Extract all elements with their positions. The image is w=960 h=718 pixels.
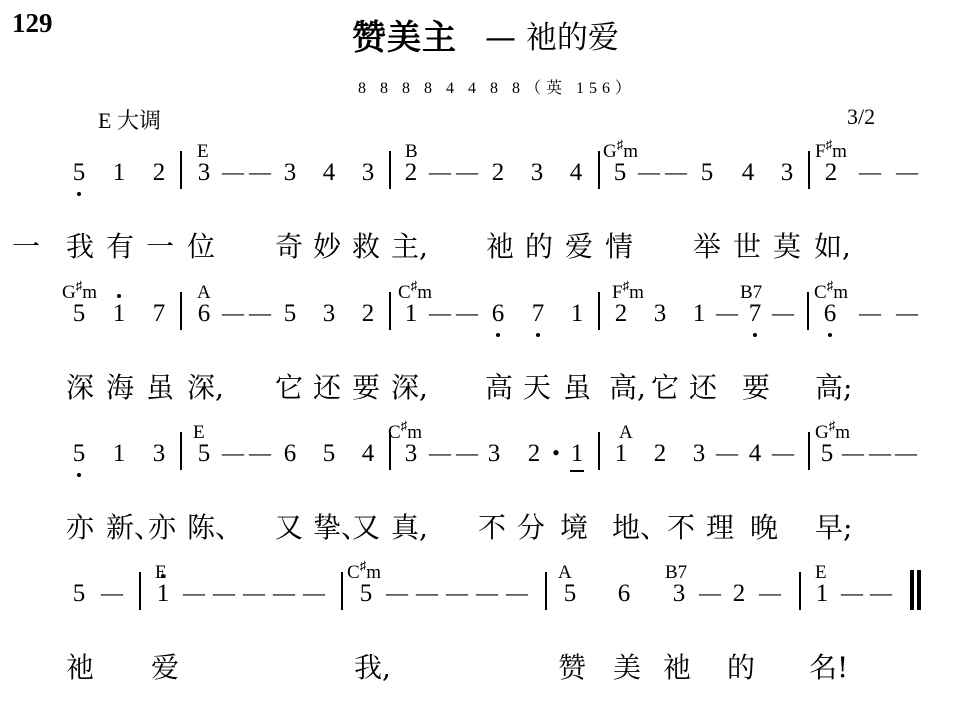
lyric-syllable: 要 bbox=[742, 366, 770, 406]
lyric-syllable: 高 bbox=[485, 366, 513, 406]
note: 6 bbox=[284, 440, 297, 468]
lyric-syllable: 要 bbox=[352, 366, 380, 406]
lyric-syllable: 早; bbox=[815, 506, 852, 546]
hold-dash: — bbox=[273, 580, 295, 606]
eighth-underline bbox=[570, 470, 584, 472]
bar-line bbox=[598, 432, 600, 470]
note: 4 bbox=[362, 440, 375, 468]
lyric-syllable: 又 bbox=[352, 506, 380, 546]
bar-line bbox=[545, 572, 547, 610]
octave-dot-high bbox=[117, 294, 121, 298]
lyric-syllable: 又 bbox=[275, 506, 303, 546]
octave-dot-low bbox=[753, 333, 757, 337]
bar-line bbox=[808, 151, 810, 189]
bar-line bbox=[807, 292, 809, 330]
lyric-syllable: 莫 bbox=[773, 225, 801, 265]
hold-dash: — bbox=[183, 580, 205, 606]
hold-dash: — bbox=[446, 580, 468, 606]
note: 5 bbox=[701, 159, 714, 187]
note: 1 bbox=[157, 580, 170, 608]
lyric-syllable: 奇 bbox=[275, 225, 303, 265]
octave-dot-low bbox=[77, 473, 81, 477]
note: 5 bbox=[73, 440, 86, 468]
lyric-syllable: 真, bbox=[391, 506, 428, 546]
bar-line bbox=[799, 572, 801, 610]
lyric-syllable: 的 bbox=[525, 225, 553, 265]
lyric-syllable: 世 bbox=[733, 225, 761, 265]
lyric-syllable: 虽 bbox=[146, 366, 174, 406]
octave-dot-low bbox=[536, 333, 540, 337]
hold-dash: — bbox=[429, 159, 451, 185]
note: 3 bbox=[693, 440, 706, 468]
lyric-syllable: 救 bbox=[352, 225, 380, 265]
hold-dash: — bbox=[213, 580, 235, 606]
lyric-syllable: 高, bbox=[609, 366, 646, 406]
note: 1 bbox=[615, 440, 628, 468]
hold-dash: — bbox=[416, 580, 438, 606]
lyric-syllable: 还 bbox=[689, 366, 717, 406]
hold-dash: — bbox=[841, 580, 863, 606]
lyric-syllable: 高; bbox=[815, 366, 852, 406]
lyric-syllable: 还 bbox=[313, 366, 341, 406]
hold-dash: — bbox=[249, 300, 271, 326]
note: 4 bbox=[742, 159, 755, 187]
note: 6 bbox=[492, 300, 505, 328]
hold-dash: — bbox=[243, 580, 265, 606]
hold-dash: — bbox=[303, 580, 325, 606]
hold-dash: — bbox=[222, 440, 244, 466]
note: 1 bbox=[816, 580, 829, 608]
hold-dash: — bbox=[386, 580, 408, 606]
note: 3 bbox=[781, 159, 794, 187]
hold-dash: — bbox=[699, 580, 721, 606]
note: 2 bbox=[528, 440, 541, 468]
note: 2 bbox=[405, 159, 418, 187]
note: 3 bbox=[284, 159, 297, 187]
hold-dash: — bbox=[859, 159, 881, 185]
lyric-syllable: 亦 bbox=[148, 506, 176, 546]
bar-line bbox=[180, 151, 182, 189]
note: 5 bbox=[73, 300, 86, 328]
bar-line bbox=[139, 572, 141, 610]
lyric-syllable: 赞 bbox=[558, 646, 586, 686]
final-bar-line bbox=[910, 570, 914, 610]
lyric-syllable: 如, bbox=[814, 225, 851, 265]
note: 6 bbox=[618, 580, 631, 608]
lyric-syllable: 深 bbox=[66, 366, 94, 406]
lyric-syllable: 我, bbox=[354, 646, 391, 686]
lyric-syllable: 爱 bbox=[565, 225, 593, 265]
note: 3 bbox=[531, 159, 544, 187]
lyric-syllable: 海 bbox=[106, 366, 134, 406]
bar-line bbox=[389, 432, 391, 470]
note: 1 bbox=[113, 300, 126, 328]
bar-line bbox=[389, 292, 391, 330]
key-signature: E 大调 bbox=[98, 104, 161, 135]
note: 1 bbox=[693, 300, 706, 328]
lyric-syllable: 理 bbox=[706, 506, 734, 546]
lyric-syllable: 陈、 bbox=[187, 506, 243, 546]
note: 5 bbox=[198, 440, 211, 468]
hold-dash: — bbox=[896, 300, 918, 326]
final-bar-thin bbox=[917, 570, 921, 610]
note: 7 bbox=[153, 300, 166, 328]
hold-dash: — bbox=[870, 580, 892, 606]
bar-line bbox=[598, 151, 600, 189]
lyric-syllable: 爱 bbox=[151, 646, 179, 686]
lyric-syllable: 祂 bbox=[663, 646, 691, 686]
note: 5 bbox=[73, 159, 86, 187]
bar-line bbox=[341, 572, 343, 610]
hold-dash: — bbox=[759, 580, 781, 606]
lyric-syllable: 不 bbox=[667, 506, 695, 546]
note: 5 bbox=[73, 580, 86, 608]
lyric-syllable: 情 bbox=[605, 225, 633, 265]
lyric-syllable: 美 bbox=[613, 646, 641, 686]
hold-dash: — bbox=[456, 159, 478, 185]
hold-dash: — bbox=[895, 440, 917, 466]
note: 7 bbox=[749, 300, 762, 328]
lyric-syllable: 位 bbox=[187, 225, 215, 265]
hold-dash: — bbox=[638, 159, 660, 185]
octave-dot-high bbox=[161, 574, 165, 578]
hold-dash: — bbox=[222, 300, 244, 326]
hold-dash: — bbox=[869, 440, 891, 466]
note: 5 bbox=[284, 300, 297, 328]
lyric-syllable: 分 bbox=[517, 506, 545, 546]
note: 2 bbox=[733, 580, 746, 608]
hymn-number: 129 bbox=[12, 8, 53, 39]
lyric-syllable: 亦 bbox=[66, 506, 94, 546]
bar-line bbox=[598, 292, 600, 330]
note: 6 bbox=[824, 300, 837, 328]
hold-dash: — bbox=[772, 300, 794, 326]
note: 5 bbox=[564, 580, 577, 608]
lyric-syllable: 有 bbox=[106, 225, 134, 265]
note: 3 bbox=[488, 440, 501, 468]
note: 2 bbox=[492, 159, 505, 187]
dotted-rhythm: • bbox=[552, 440, 560, 466]
bar-line bbox=[389, 151, 391, 189]
lyric-syllable: 深, bbox=[187, 366, 224, 406]
lyric-syllable: 深, bbox=[391, 366, 428, 406]
lyric-syllable: 祂 bbox=[486, 225, 514, 265]
note: 3 bbox=[323, 300, 336, 328]
hold-dash: — bbox=[456, 300, 478, 326]
hold-dash: — bbox=[456, 440, 478, 466]
hold-dash: — bbox=[716, 300, 738, 326]
lyric-syllable: 名! bbox=[809, 646, 848, 686]
note: 3 bbox=[654, 300, 667, 328]
hold-dash: — bbox=[896, 159, 918, 185]
bar-line bbox=[180, 292, 182, 330]
lyric-syllable: 一 bbox=[12, 225, 40, 265]
note: 3 bbox=[405, 440, 418, 468]
octave-dot-low bbox=[77, 192, 81, 196]
hold-dash: — bbox=[222, 159, 244, 185]
hold-dash: — bbox=[665, 159, 687, 185]
lyric-syllable: 它 bbox=[275, 366, 303, 406]
lyric-syllable: 天 bbox=[523, 366, 551, 406]
lyric-syllable: 境 bbox=[560, 506, 588, 546]
lyric-syllable: 不 bbox=[478, 506, 506, 546]
lyric-syllable: 它 bbox=[651, 366, 679, 406]
note: 5 bbox=[360, 580, 373, 608]
note: 3 bbox=[153, 440, 166, 468]
note: 2 bbox=[615, 300, 628, 328]
lyric-syllable: 主, bbox=[391, 225, 428, 265]
note: 2 bbox=[153, 159, 166, 187]
lyric-syllable: 一 bbox=[146, 225, 174, 265]
lyric-syllable: 举 bbox=[693, 225, 721, 265]
note: 3 bbox=[673, 580, 686, 608]
hold-dash: — bbox=[429, 440, 451, 466]
note: 1 bbox=[113, 440, 126, 468]
note: 1 bbox=[405, 300, 418, 328]
note: 7 bbox=[532, 300, 545, 328]
note: 1 bbox=[571, 440, 584, 468]
note: 2 bbox=[362, 300, 375, 328]
lyric-syllable: 我 bbox=[66, 225, 94, 265]
hold-dash: — bbox=[716, 440, 738, 466]
note: 5 bbox=[614, 159, 627, 187]
lyric-syllable: 晚 bbox=[750, 506, 778, 546]
hold-dash: — bbox=[859, 300, 881, 326]
hold-dash: — bbox=[249, 440, 271, 466]
note: 5 bbox=[323, 440, 336, 468]
note: 4 bbox=[749, 440, 762, 468]
hymn-subtitle: — 祂的爱 bbox=[485, 12, 619, 57]
lyric-syllable: 祂 bbox=[66, 646, 94, 686]
note: 3 bbox=[362, 159, 375, 187]
hold-dash: — bbox=[429, 300, 451, 326]
note: 3 bbox=[198, 159, 211, 187]
hold-dash: — bbox=[476, 580, 498, 606]
time-signature: 3/2 bbox=[847, 104, 875, 130]
note: 5 bbox=[821, 440, 834, 468]
octave-dot-low bbox=[828, 333, 832, 337]
note: 6 bbox=[198, 300, 211, 328]
hold-dash: — bbox=[101, 580, 123, 606]
octave-dot-low bbox=[496, 333, 500, 337]
hold-dash: — bbox=[249, 159, 271, 185]
lyric-syllable: 虽 bbox=[563, 366, 591, 406]
note: 1 bbox=[571, 300, 584, 328]
bar-line bbox=[808, 432, 810, 470]
lyric-syllable: 的 bbox=[727, 646, 755, 686]
bar-line bbox=[180, 432, 182, 470]
hold-dash: — bbox=[842, 440, 864, 466]
hold-dash: — bbox=[772, 440, 794, 466]
note: 2 bbox=[825, 159, 838, 187]
note: 1 bbox=[113, 159, 126, 187]
meter-line: 8 8 8 8 4 4 8 8（英 156） bbox=[358, 75, 636, 98]
hold-dash: — bbox=[506, 580, 528, 606]
lyric-syllable: 地、 bbox=[612, 506, 668, 546]
hymn-title: 赞美主 bbox=[352, 10, 457, 59]
note: 2 bbox=[654, 440, 667, 468]
lyric-syllable: 妙 bbox=[313, 225, 341, 265]
note: 4 bbox=[323, 159, 336, 187]
note: 4 bbox=[570, 159, 583, 187]
